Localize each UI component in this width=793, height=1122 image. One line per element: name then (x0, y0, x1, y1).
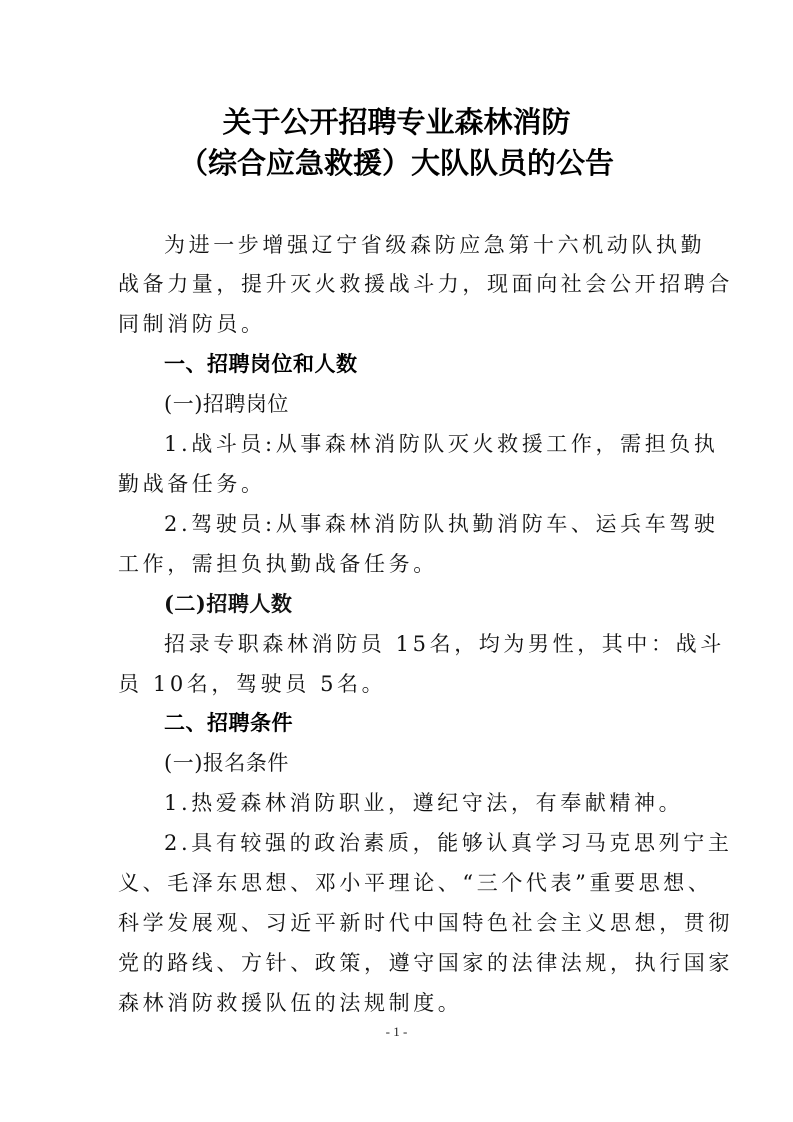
document-page: 关于公开招聘专业森林消防 （综合应急救援）大队队员的公告 为进一步增强辽宁省级森… (0, 0, 793, 1122)
condition2-line4: 党的路线、方针、政策，遵守国家的法律法规，执行国家 (118, 947, 678, 977)
position-fighter-line1: 1.战斗员:从事森林消防队灭火救援工作，需担负执 (164, 428, 724, 458)
headcount-line2: 员 10名，驾驶员 5名。 (118, 668, 678, 698)
position-driver-line2: 工作，需担负执勤战备任务。 (118, 548, 678, 578)
section1-heading: 一、招聘岗位和人数 (164, 348, 724, 378)
intro-line2: 战备力量，提升灭火救援战斗力，现面向社会公开招聘合 (118, 268, 678, 298)
section1-sub2-heading: (二)招聘人数 (164, 588, 724, 618)
headcount-line1: 招录专职森林消防员 15名，均为男性，其中：战斗 (164, 628, 724, 658)
document-title-line2: （综合应急救援）大队队员的公告 (0, 141, 793, 182)
position-fighter-line2: 勤战备任务。 (118, 468, 678, 498)
intro-line3: 同制消防员。 (118, 308, 678, 338)
condition2-line2: 义、毛泽东思想、邓小平理论、“三个代表”重要思想、 (118, 867, 678, 897)
section1-sub1-heading: (一)招聘岗位 (164, 388, 724, 418)
page-number: - 1 - (0, 1024, 793, 1040)
document-title-line1: 关于公开招聘专业森林消防 (0, 100, 793, 141)
condition2-line3: 科学发展观、习近平新时代中国特色社会主义思想，贯彻 (118, 907, 678, 937)
condition2-line1: 2.具有较强的政治素质，能够认真学习马克思列宁主 (164, 827, 724, 857)
condition1: 1.热爱森林消防职业，遵纪守法，有奉献精神。 (164, 787, 724, 817)
intro-line1: 为进一步增强辽宁省级森防应急第十六机动队执勤 (164, 229, 724, 259)
condition2-line5: 森林消防救援队伍的法规制度。 (118, 987, 678, 1017)
section2-heading: 二、招聘条件 (164, 707, 724, 737)
section2-sub1-heading: (一)报名条件 (164, 747, 724, 777)
position-driver-line1: 2.驾驶员:从事森林消防队执勤消防车、运兵车驾驶 (164, 508, 724, 538)
